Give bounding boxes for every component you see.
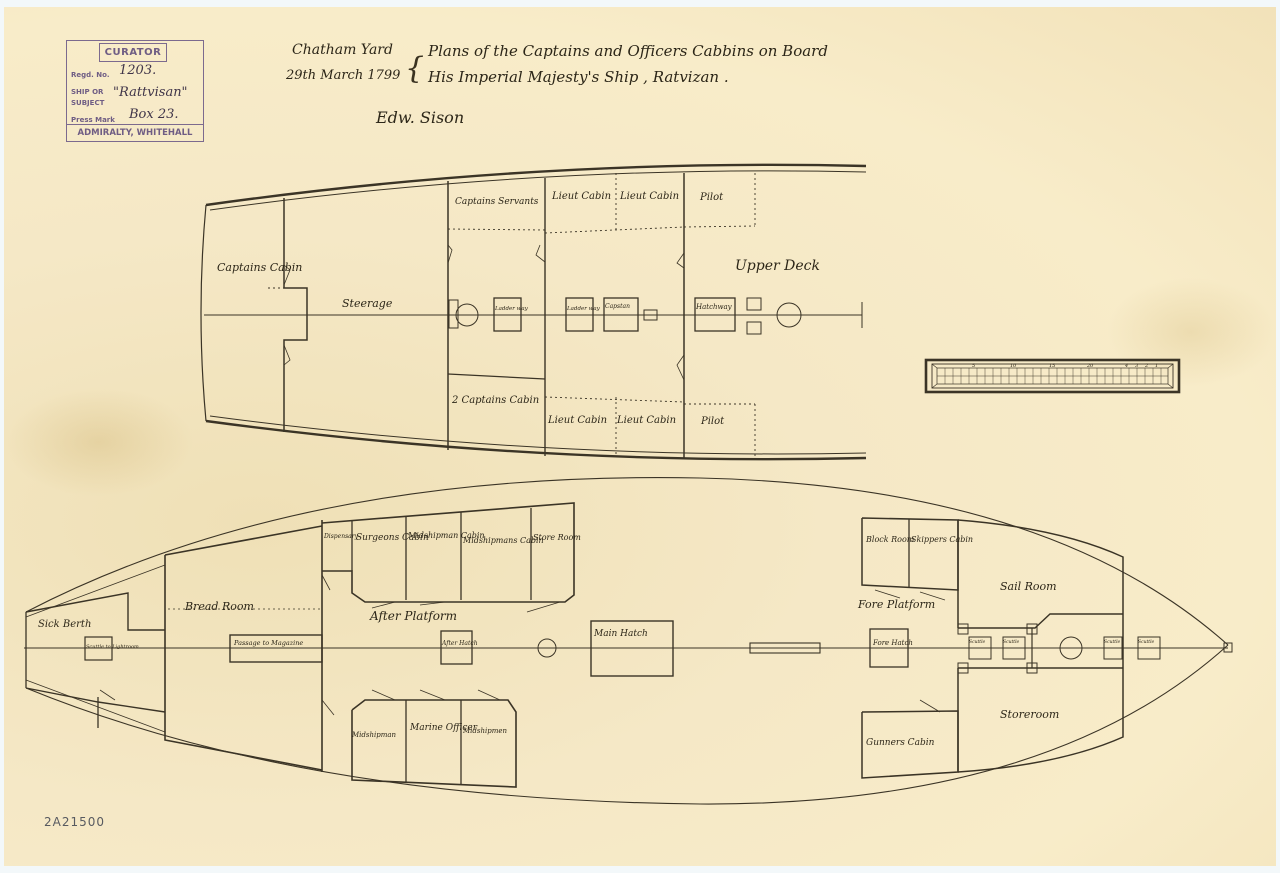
label-passage-magazine: Passage to Magazine [233, 639, 303, 647]
label-pilot-2: Pilot [700, 416, 725, 427]
label-block-room: Block Room [865, 535, 915, 544]
label-ladder-way-2: Ladder way [566, 306, 601, 312]
upper-deck-plan [201, 165, 866, 459]
label-after-hatch: After Hatch [441, 640, 478, 647]
scale-tick: 10 [1010, 363, 1017, 369]
label-lieut-cabin-2: Lieut Cabin [619, 191, 679, 202]
scale-tick: 2 [1144, 363, 1148, 369]
label-storeroom: Storeroom [1000, 708, 1059, 721]
label-skippers-cabin: Skippers Cabin [911, 535, 973, 544]
label-main-hatch: Main Hatch [593, 629, 648, 639]
reference-number: 2A21500 [44, 815, 105, 829]
label-lieut-cabin-4: Lieut Cabin [616, 415, 676, 426]
scale-tick: 5 [972, 363, 975, 369]
label-capstan: Capstan [605, 303, 630, 310]
scale-tick: 1 [1155, 363, 1158, 369]
label-scuttle: Scuttle [1003, 639, 1020, 645]
label-scuttle: Scuttle [969, 639, 986, 645]
orlop-plan [24, 478, 1232, 804]
label-scuttle: Scuttle [1138, 639, 1155, 645]
deck-plans: Captains Cabin Steerage Captains Servant… [0, 0, 1280, 873]
label-captains-servants: Captains Servants [455, 197, 539, 207]
label-steerage: Steerage [342, 297, 393, 310]
label-scuttle: Scuttle [1104, 639, 1121, 645]
label-sick-berth: Sick Berth [38, 619, 91, 630]
label-after-platform: After Platform [369, 609, 457, 623]
label-midshipmans-cabin-2: Midshipmans Cabin [462, 536, 544, 545]
label-pilot-1: Pilot [699, 192, 724, 203]
label-captains-cabin: Captains Cabin [217, 261, 302, 274]
label-store-room: Store Room [533, 533, 581, 542]
scale-tick: 15 [1049, 363, 1055, 369]
label-dispensary: Dispensary [323, 533, 359, 540]
scale-tick: 4 [1124, 363, 1128, 369]
scale-tick: 20 [1086, 363, 1094, 369]
label-scuttle-lightroom: Scuttle to Lightroom [86, 644, 139, 650]
label-fore-platform: Fore Platform [857, 598, 935, 611]
label-lieut-cabin-3: Lieut Cabin [547, 415, 607, 426]
label-sail-room: Sail Room [1000, 580, 1057, 593]
label-midshipman-3: Midshipman [351, 731, 397, 739]
label-gunners-cabin: Gunners Cabin [866, 738, 935, 748]
label-ladder-way-1: Ladder way [494, 306, 529, 312]
label-fore-hatch: Fore Hatch [872, 639, 913, 647]
label-upper-deck: Upper Deck [735, 258, 820, 274]
label-hatchway: Hatchway [695, 303, 733, 311]
label-midshipmen-4: Midshipmen [462, 727, 507, 735]
label-bread-room: Bread Room [184, 600, 254, 613]
label-lieut-cabin-1: Lieut Cabin [551, 191, 611, 202]
label-2nd-captains-cabin: 2 Captains Cabin [451, 395, 539, 406]
scale-tick: 3 [1135, 363, 1138, 369]
